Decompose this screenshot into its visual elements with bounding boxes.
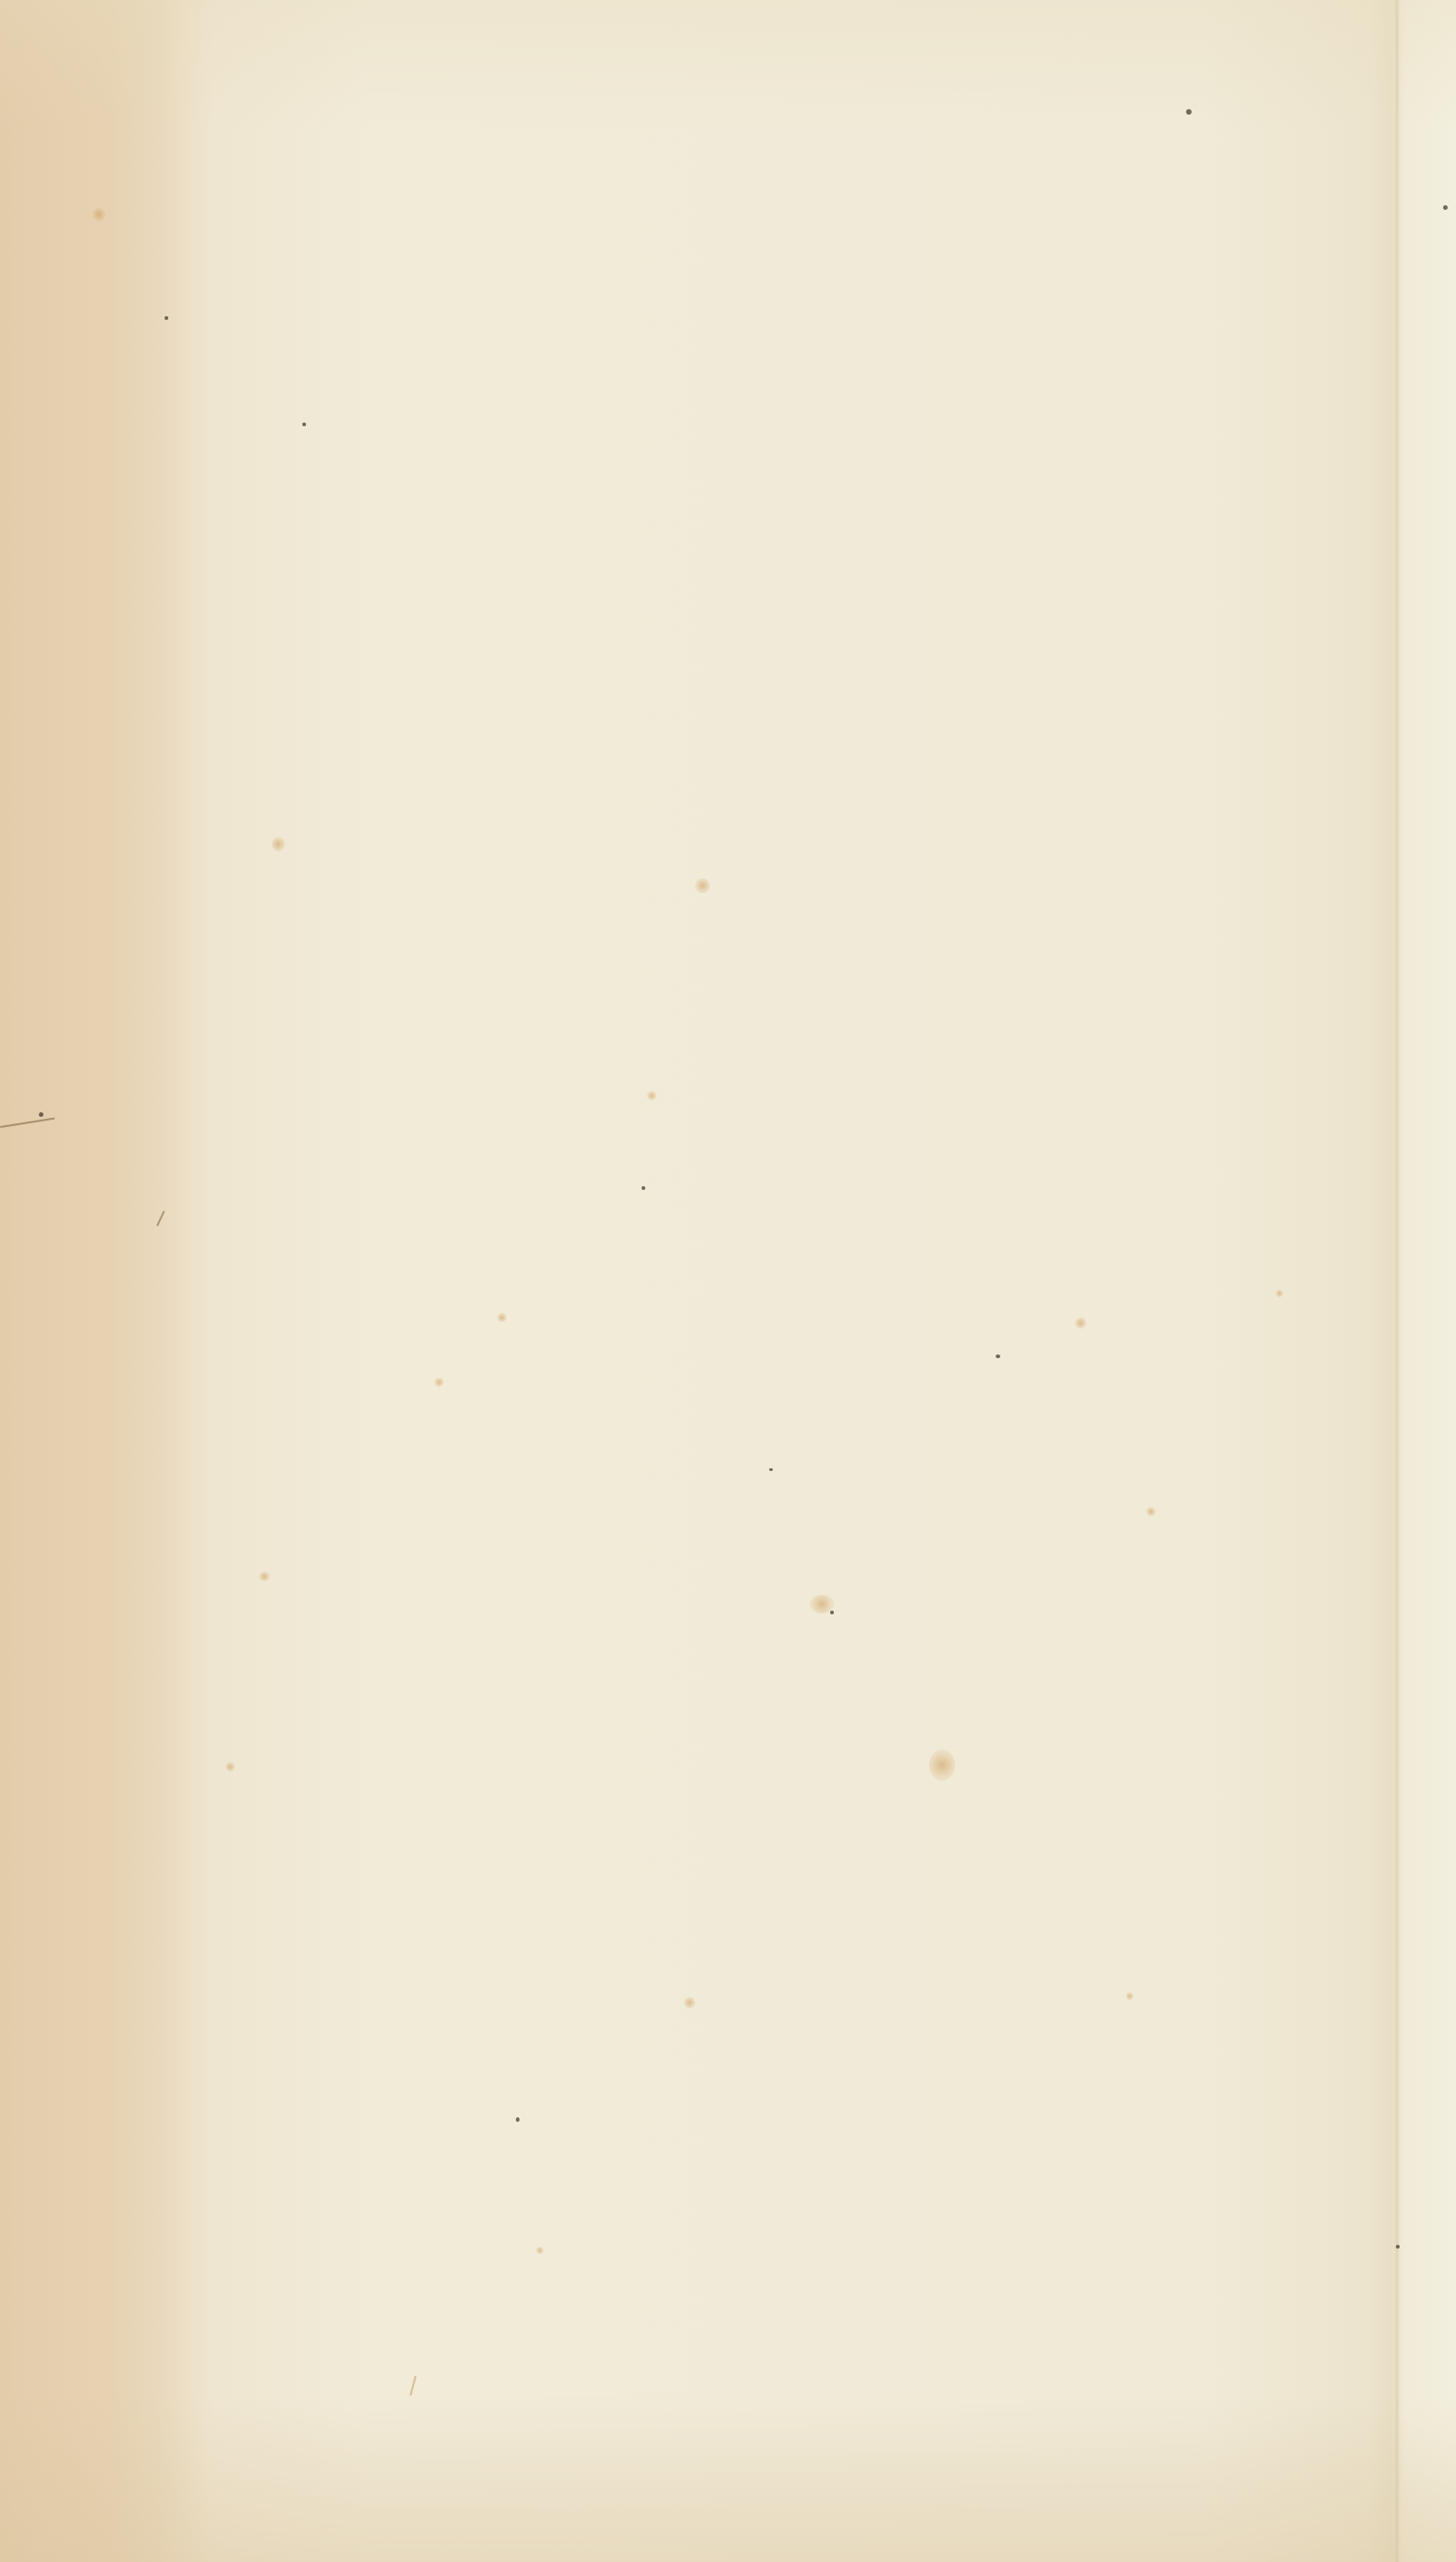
- dust-speck: [165, 316, 168, 320]
- foxing-spot: [1276, 1290, 1283, 1297]
- dust-speck: [302, 423, 306, 426]
- bleed-through-ghost-text: [268, 227, 1340, 328]
- blank-page: [0, 0, 1456, 2562]
- dust-speck: [642, 1186, 645, 1190]
- foxing-spot: [684, 1997, 695, 2008]
- bottom-discoloration: [0, 2396, 1456, 2562]
- foxing-spot: [695, 878, 710, 893]
- foxing-spot: [536, 2247, 544, 2254]
- foxing-spot: [259, 1572, 270, 1581]
- dust-speck: [1396, 2245, 1400, 2249]
- foxing-spot: [497, 1313, 507, 1322]
- foxing-spot: [647, 1091, 656, 1100]
- foxing-spot: [226, 1762, 235, 1771]
- dust-speck: [1443, 205, 1448, 210]
- dust-speck: [830, 1611, 834, 1614]
- paper-fiber: [156, 1210, 165, 1226]
- dust-speck: [996, 1355, 1000, 1358]
- paper-fiber: [410, 2375, 417, 2396]
- gutter-fold: [1394, 0, 1400, 2562]
- foxing-spot: [272, 837, 285, 852]
- foxing-spot: [1126, 1992, 1133, 2000]
- paper-fiber: [0, 1118, 55, 1128]
- foxing-spot: [1146, 1507, 1156, 1516]
- dust-speck: [516, 2117, 520, 2122]
- dust-speck: [39, 1112, 43, 1117]
- foxing-spot: [929, 1749, 955, 1781]
- foxing-spot: [1075, 1318, 1086, 1329]
- foxing-spot: [434, 1378, 444, 1387]
- top-discoloration: [0, 0, 1456, 129]
- foxing-spot: [92, 208, 105, 221]
- dust-speck: [1186, 109, 1192, 115]
- dust-speck: [769, 1468, 773, 1471]
